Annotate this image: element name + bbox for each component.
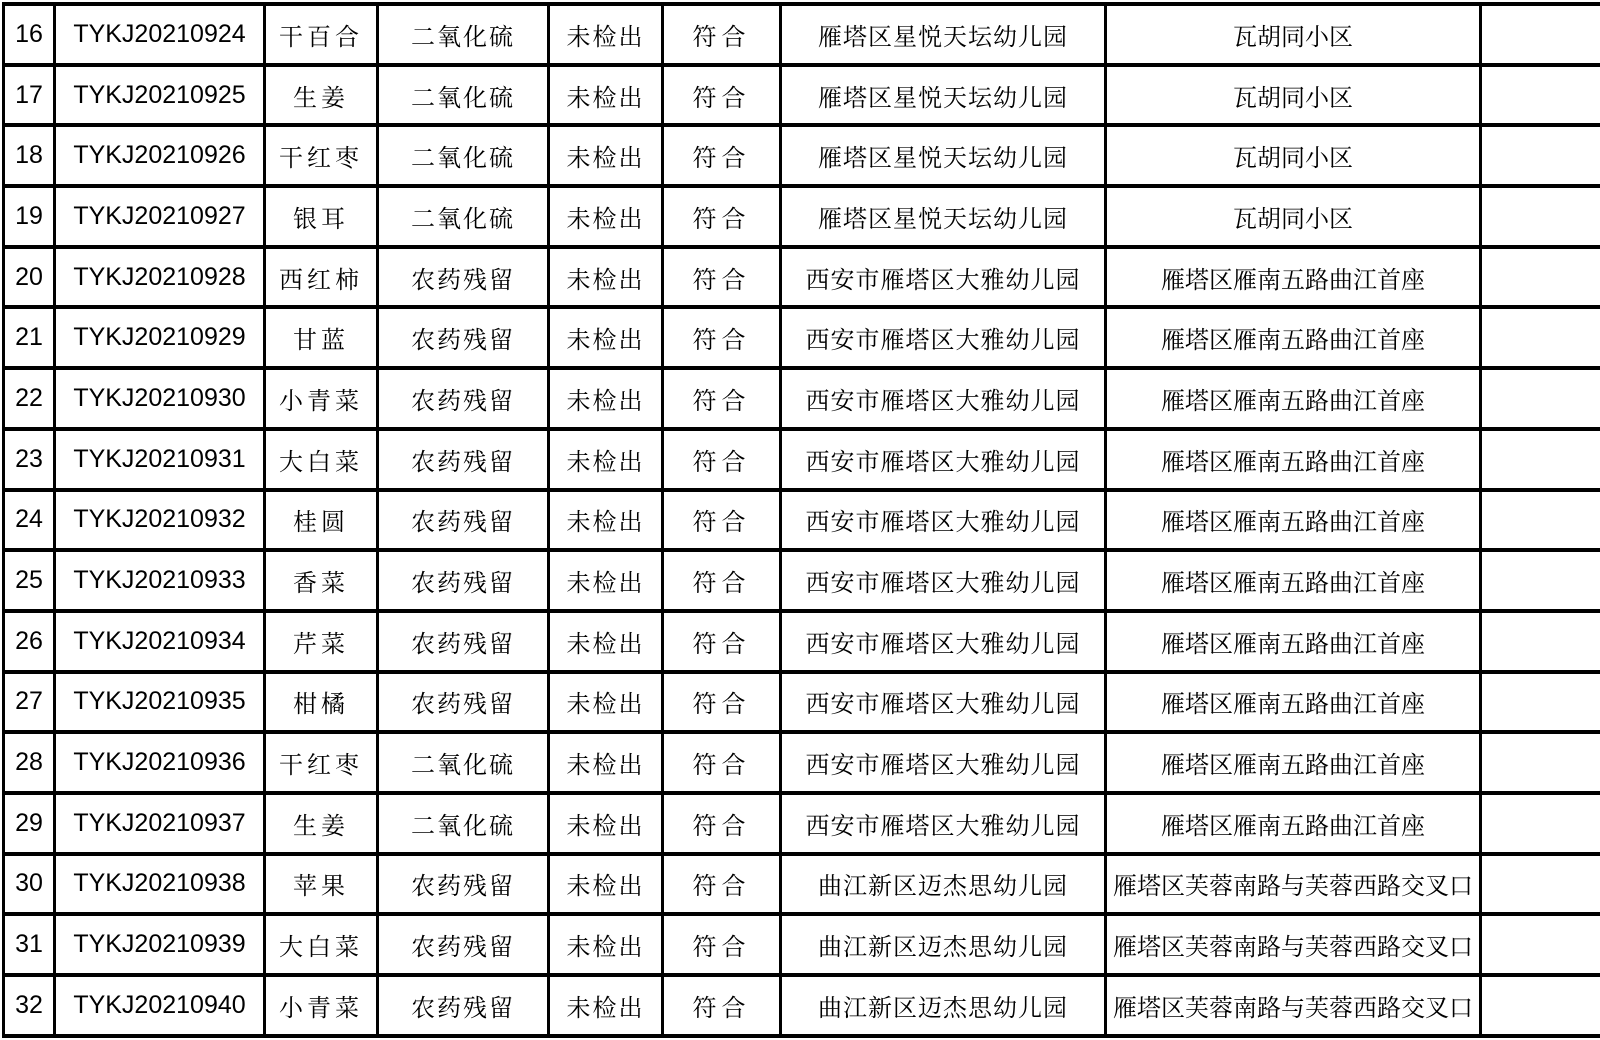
test-item-cell: 二氧化硫: [378, 65, 549, 126]
test-result-cell: 未检出: [549, 368, 663, 429]
sampled-unit-cell: 雁塔区星悦天坛幼儿园: [781, 4, 1106, 65]
conclusion-cell: 符合: [663, 793, 781, 854]
sample-id-cell: TYKJ20210932: [55, 490, 265, 551]
address-cell: 雁塔区雁南五路曲江首座: [1106, 550, 1481, 611]
sample-id-cell: TYKJ20210938: [55, 854, 265, 915]
empty-cell: [1481, 307, 1600, 368]
address-cell: 雁塔区雁南五路曲江首座: [1106, 247, 1481, 308]
address-cell: 雁塔区雁南五路曲江首座: [1106, 732, 1481, 793]
address-cell: 瓦胡同小区: [1106, 65, 1481, 126]
sampled-unit-cell: 西安市雁塔区大雅幼儿园: [781, 611, 1106, 672]
test-result-cell: 未检出: [549, 247, 663, 308]
sample-name-cell: 银耳: [265, 186, 378, 247]
test-item-cell: 农药残留: [378, 611, 549, 672]
table-body: 16 TYKJ20210924 干百合 二氧化硫 未检出 符合 雁塔区星悦天坛幼…: [4, 4, 1600, 1036]
conclusion-cell: 符合: [663, 611, 781, 672]
table-row: 23 TYKJ20210931 大白菜 农药残留 未检出 符合 西安市雁塔区大雅…: [4, 429, 1600, 490]
test-item-cell: 农药残留: [378, 914, 549, 975]
empty-cell: [1481, 672, 1600, 733]
sample-name-cell: 干红枣: [265, 732, 378, 793]
sampled-unit-cell: 西安市雁塔区大雅幼儿园: [781, 732, 1106, 793]
row-number-cell: 24: [4, 490, 55, 551]
test-result-cell: 未检出: [549, 793, 663, 854]
test-result-cell: 未检出: [549, 125, 663, 186]
conclusion-cell: 符合: [663, 914, 781, 975]
sample-id-cell: TYKJ20210935: [55, 672, 265, 733]
row-number-cell: 25: [4, 550, 55, 611]
address-cell: 雁塔区雁南五路曲江首座: [1106, 611, 1481, 672]
sample-id-cell: TYKJ20210933: [55, 550, 265, 611]
test-result-cell: 未检出: [549, 854, 663, 915]
test-result-cell: 未检出: [549, 4, 663, 65]
address-cell: 雁塔区雁南五路曲江首座: [1106, 793, 1481, 854]
row-number-cell: 18: [4, 125, 55, 186]
sampled-unit-cell: 曲江新区迈杰思幼儿园: [781, 854, 1106, 915]
empty-cell: [1481, 793, 1600, 854]
table-row: 27 TYKJ20210935 柑橘 农药残留 未检出 符合 西安市雁塔区大雅幼…: [4, 672, 1600, 733]
sample-id-cell: TYKJ20210925: [55, 65, 265, 126]
empty-cell: [1481, 429, 1600, 490]
test-item-cell: 二氧化硫: [378, 186, 549, 247]
empty-cell: [1481, 732, 1600, 793]
sampled-unit-cell: 曲江新区迈杰思幼儿园: [781, 914, 1106, 975]
test-item-cell: 农药残留: [378, 490, 549, 551]
empty-cell: [1481, 914, 1600, 975]
sampled-unit-cell: 西安市雁塔区大雅幼儿园: [781, 490, 1106, 551]
empty-cell: [1481, 186, 1600, 247]
sample-id-cell: TYKJ20210937: [55, 793, 265, 854]
row-number-cell: 23: [4, 429, 55, 490]
conclusion-cell: 符合: [663, 125, 781, 186]
sample-name-cell: 柑橘: [265, 672, 378, 733]
test-result-cell: 未检出: [549, 975, 663, 1036]
conclusion-cell: 符合: [663, 672, 781, 733]
address-cell: 雁塔区芙蓉南路与芙蓉西路交叉口: [1106, 975, 1481, 1036]
sampled-unit-cell: 西安市雁塔区大雅幼儿园: [781, 247, 1106, 308]
test-item-cell: 农药残留: [378, 975, 549, 1036]
test-result-cell: 未检出: [549, 611, 663, 672]
sample-name-cell: 香菜: [265, 550, 378, 611]
address-cell: 瓦胡同小区: [1106, 186, 1481, 247]
sampled-unit-cell: 西安市雁塔区大雅幼儿园: [781, 368, 1106, 429]
sampled-unit-cell: 西安市雁塔区大雅幼儿园: [781, 672, 1106, 733]
conclusion-cell: 符合: [663, 307, 781, 368]
sample-id-cell: TYKJ20210926: [55, 125, 265, 186]
address-cell: 瓦胡同小区: [1106, 4, 1481, 65]
empty-cell: [1481, 550, 1600, 611]
table-row: 22 TYKJ20210930 小青菜 农药残留 未检出 符合 西安市雁塔区大雅…: [4, 368, 1600, 429]
conclusion-cell: 符合: [663, 186, 781, 247]
table-row: 17 TYKJ20210925 生姜 二氧化硫 未检出 符合 雁塔区星悦天坛幼儿…: [4, 65, 1600, 126]
sample-name-cell: 苹果: [265, 854, 378, 915]
row-number-cell: 32: [4, 975, 55, 1036]
address-cell: 雁塔区芙蓉南路与芙蓉西路交叉口: [1106, 854, 1481, 915]
test-item-cell: 农药残留: [378, 368, 549, 429]
sample-name-cell: 生姜: [265, 793, 378, 854]
sampled-unit-cell: 雁塔区星悦天坛幼儿园: [781, 65, 1106, 126]
table-row: 29 TYKJ20210937 生姜 二氧化硫 未检出 符合 西安市雁塔区大雅幼…: [4, 793, 1600, 854]
table-row: 19 TYKJ20210927 银耳 二氧化硫 未检出 符合 雁塔区星悦天坛幼儿…: [4, 186, 1600, 247]
empty-cell: [1481, 368, 1600, 429]
sampling-results-table: 16 TYKJ20210924 干百合 二氧化硫 未检出 符合 雁塔区星悦天坛幼…: [2, 2, 1600, 1038]
sample-name-cell: 小青菜: [265, 975, 378, 1036]
table-row: 24 TYKJ20210932 桂圆 农药残留 未检出 符合 西安市雁塔区大雅幼…: [4, 490, 1600, 551]
conclusion-cell: 符合: [663, 854, 781, 915]
table-row: 26 TYKJ20210934 芹菜 农药残留 未检出 符合 西安市雁塔区大雅幼…: [4, 611, 1600, 672]
test-result-cell: 未检出: [549, 429, 663, 490]
test-item-cell: 二氧化硫: [378, 793, 549, 854]
sampled-unit-cell: 雁塔区星悦天坛幼儿园: [781, 125, 1106, 186]
sample-id-cell: TYKJ20210939: [55, 914, 265, 975]
test-item-cell: 二氧化硫: [378, 4, 549, 65]
test-result-cell: 未检出: [549, 186, 663, 247]
sample-id-cell: TYKJ20210924: [55, 4, 265, 65]
row-number-cell: 20: [4, 247, 55, 308]
empty-cell: [1481, 611, 1600, 672]
row-number-cell: 17: [4, 65, 55, 126]
test-result-cell: 未检出: [549, 65, 663, 126]
row-number-cell: 28: [4, 732, 55, 793]
table-row: 20 TYKJ20210928 西红柿 农药残留 未检出 符合 西安市雁塔区大雅…: [4, 247, 1600, 308]
row-number-cell: 26: [4, 611, 55, 672]
table-row: 32 TYKJ20210940 小青菜 农药残留 未检出 符合 曲江新区迈杰思幼…: [4, 975, 1600, 1036]
row-number-cell: 27: [4, 672, 55, 733]
empty-cell: [1481, 65, 1600, 126]
test-result-cell: 未检出: [549, 490, 663, 551]
empty-cell: [1481, 975, 1600, 1036]
sample-name-cell: 大白菜: [265, 914, 378, 975]
table-row: 21 TYKJ20210929 甘蓝 农药残留 未检出 符合 西安市雁塔区大雅幼…: [4, 307, 1600, 368]
test-item-cell: 农药残留: [378, 854, 549, 915]
sampled-unit-cell: 西安市雁塔区大雅幼儿园: [781, 429, 1106, 490]
sampled-unit-cell: 西安市雁塔区大雅幼儿园: [781, 550, 1106, 611]
row-number-cell: 22: [4, 368, 55, 429]
conclusion-cell: 符合: [663, 65, 781, 126]
test-item-cell: 农药残留: [378, 672, 549, 733]
conclusion-cell: 符合: [663, 247, 781, 308]
test-item-cell: 农药残留: [378, 429, 549, 490]
test-result-cell: 未检出: [549, 672, 663, 733]
empty-cell: [1481, 247, 1600, 308]
address-cell: 雁塔区雁南五路曲江首座: [1106, 672, 1481, 733]
sample-id-cell: TYKJ20210940: [55, 975, 265, 1036]
sample-id-cell: TYKJ20210936: [55, 732, 265, 793]
table-row: 16 TYKJ20210924 干百合 二氧化硫 未检出 符合 雁塔区星悦天坛幼…: [4, 4, 1600, 65]
sampled-unit-cell: 西安市雁塔区大雅幼儿园: [781, 793, 1106, 854]
sample-id-cell: TYKJ20210928: [55, 247, 265, 308]
sample-id-cell: TYKJ20210934: [55, 611, 265, 672]
sample-name-cell: 甘蓝: [265, 307, 378, 368]
conclusion-cell: 符合: [663, 732, 781, 793]
test-item-cell: 农药残留: [378, 307, 549, 368]
conclusion-cell: 符合: [663, 975, 781, 1036]
test-result-cell: 未检出: [549, 914, 663, 975]
sampled-unit-cell: 曲江新区迈杰思幼儿园: [781, 975, 1106, 1036]
sample-id-cell: TYKJ20210929: [55, 307, 265, 368]
sample-name-cell: 西红柿: [265, 247, 378, 308]
table-row: 31 TYKJ20210939 大白菜 农药残留 未检出 符合 曲江新区迈杰思幼…: [4, 914, 1600, 975]
test-result-cell: 未检出: [549, 307, 663, 368]
test-item-cell: 二氧化硫: [378, 125, 549, 186]
test-item-cell: 农药残留: [378, 550, 549, 611]
conclusion-cell: 符合: [663, 550, 781, 611]
empty-cell: [1481, 125, 1600, 186]
sample-name-cell: 生姜: [265, 65, 378, 126]
table-row: 18 TYKJ20210926 干红枣 二氧化硫 未检出 符合 雁塔区星悦天坛幼…: [4, 125, 1600, 186]
sample-name-cell: 小青菜: [265, 368, 378, 429]
row-number-cell: 21: [4, 307, 55, 368]
table-row: 25 TYKJ20210933 香菜 农药残留 未检出 符合 西安市雁塔区大雅幼…: [4, 550, 1600, 611]
table-row: 28 TYKJ20210936 干红枣 二氧化硫 未检出 符合 西安市雁塔区大雅…: [4, 732, 1600, 793]
row-number-cell: 29: [4, 793, 55, 854]
empty-cell: [1481, 4, 1600, 65]
sample-name-cell: 干红枣: [265, 125, 378, 186]
address-cell: 雁塔区雁南五路曲江首座: [1106, 490, 1481, 551]
empty-cell: [1481, 854, 1600, 915]
test-item-cell: 农药残留: [378, 247, 549, 308]
sample-id-cell: TYKJ20210930: [55, 368, 265, 429]
sample-id-cell: TYKJ20210927: [55, 186, 265, 247]
sample-name-cell: 大白菜: [265, 429, 378, 490]
conclusion-cell: 符合: [663, 368, 781, 429]
row-number-cell: 30: [4, 854, 55, 915]
test-result-cell: 未检出: [549, 550, 663, 611]
sampled-unit-cell: 西安市雁塔区大雅幼儿园: [781, 307, 1106, 368]
address-cell: 雁塔区芙蓉南路与芙蓉西路交叉口: [1106, 914, 1481, 975]
sampled-unit-cell: 雁塔区星悦天坛幼儿园: [781, 186, 1106, 247]
row-number-cell: 19: [4, 186, 55, 247]
address-cell: 瓦胡同小区: [1106, 125, 1481, 186]
test-item-cell: 二氧化硫: [378, 732, 549, 793]
conclusion-cell: 符合: [663, 429, 781, 490]
document-page: 16 TYKJ20210924 干百合 二氧化硫 未检出 符合 雁塔区星悦天坛幼…: [0, 0, 1600, 1040]
sample-name-cell: 芹菜: [265, 611, 378, 672]
row-number-cell: 31: [4, 914, 55, 975]
sample-name-cell: 桂圆: [265, 490, 378, 551]
address-cell: 雁塔区雁南五路曲江首座: [1106, 307, 1481, 368]
row-number-cell: 16: [4, 4, 55, 65]
conclusion-cell: 符合: [663, 490, 781, 551]
sample-name-cell: 干百合: [265, 4, 378, 65]
table-row: 30 TYKJ20210938 苹果 农药残留 未检出 符合 曲江新区迈杰思幼儿…: [4, 854, 1600, 915]
test-result-cell: 未检出: [549, 732, 663, 793]
empty-cell: [1481, 490, 1600, 551]
address-cell: 雁塔区雁南五路曲江首座: [1106, 368, 1481, 429]
sample-id-cell: TYKJ20210931: [55, 429, 265, 490]
address-cell: 雁塔区雁南五路曲江首座: [1106, 429, 1481, 490]
conclusion-cell: 符合: [663, 4, 781, 65]
